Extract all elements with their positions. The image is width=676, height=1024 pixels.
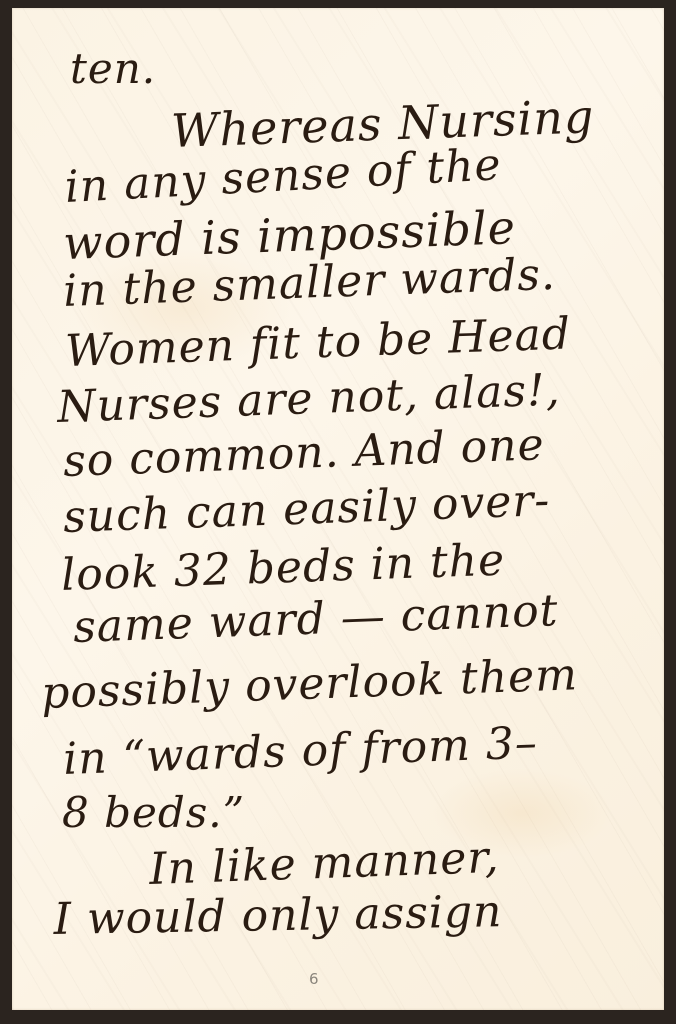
- handwritten-line: possibly overlook them: [40, 653, 578, 716]
- handwritten-line: 8 beds.”: [62, 792, 245, 834]
- handwritten-line: such can easily over-: [62, 479, 550, 540]
- handwritten-line: ten.: [70, 48, 156, 90]
- handwritten-line: I would only assign: [53, 890, 502, 942]
- page-number: 6: [309, 970, 319, 988]
- handwritten-line: so common. And one: [62, 423, 545, 484]
- handwritten-line: in “wards of from 3–: [62, 721, 538, 782]
- handwritten-line: same ward — cannot: [72, 589, 559, 650]
- handwritten-line: In like manner,: [148, 836, 500, 892]
- letter-paper: ten. Whereas Nursing in any sense of the…: [12, 8, 664, 1010]
- scanned-page: ten. Whereas Nursing in any sense of the…: [0, 0, 676, 1024]
- handwritten-line: in any sense of the: [64, 143, 503, 210]
